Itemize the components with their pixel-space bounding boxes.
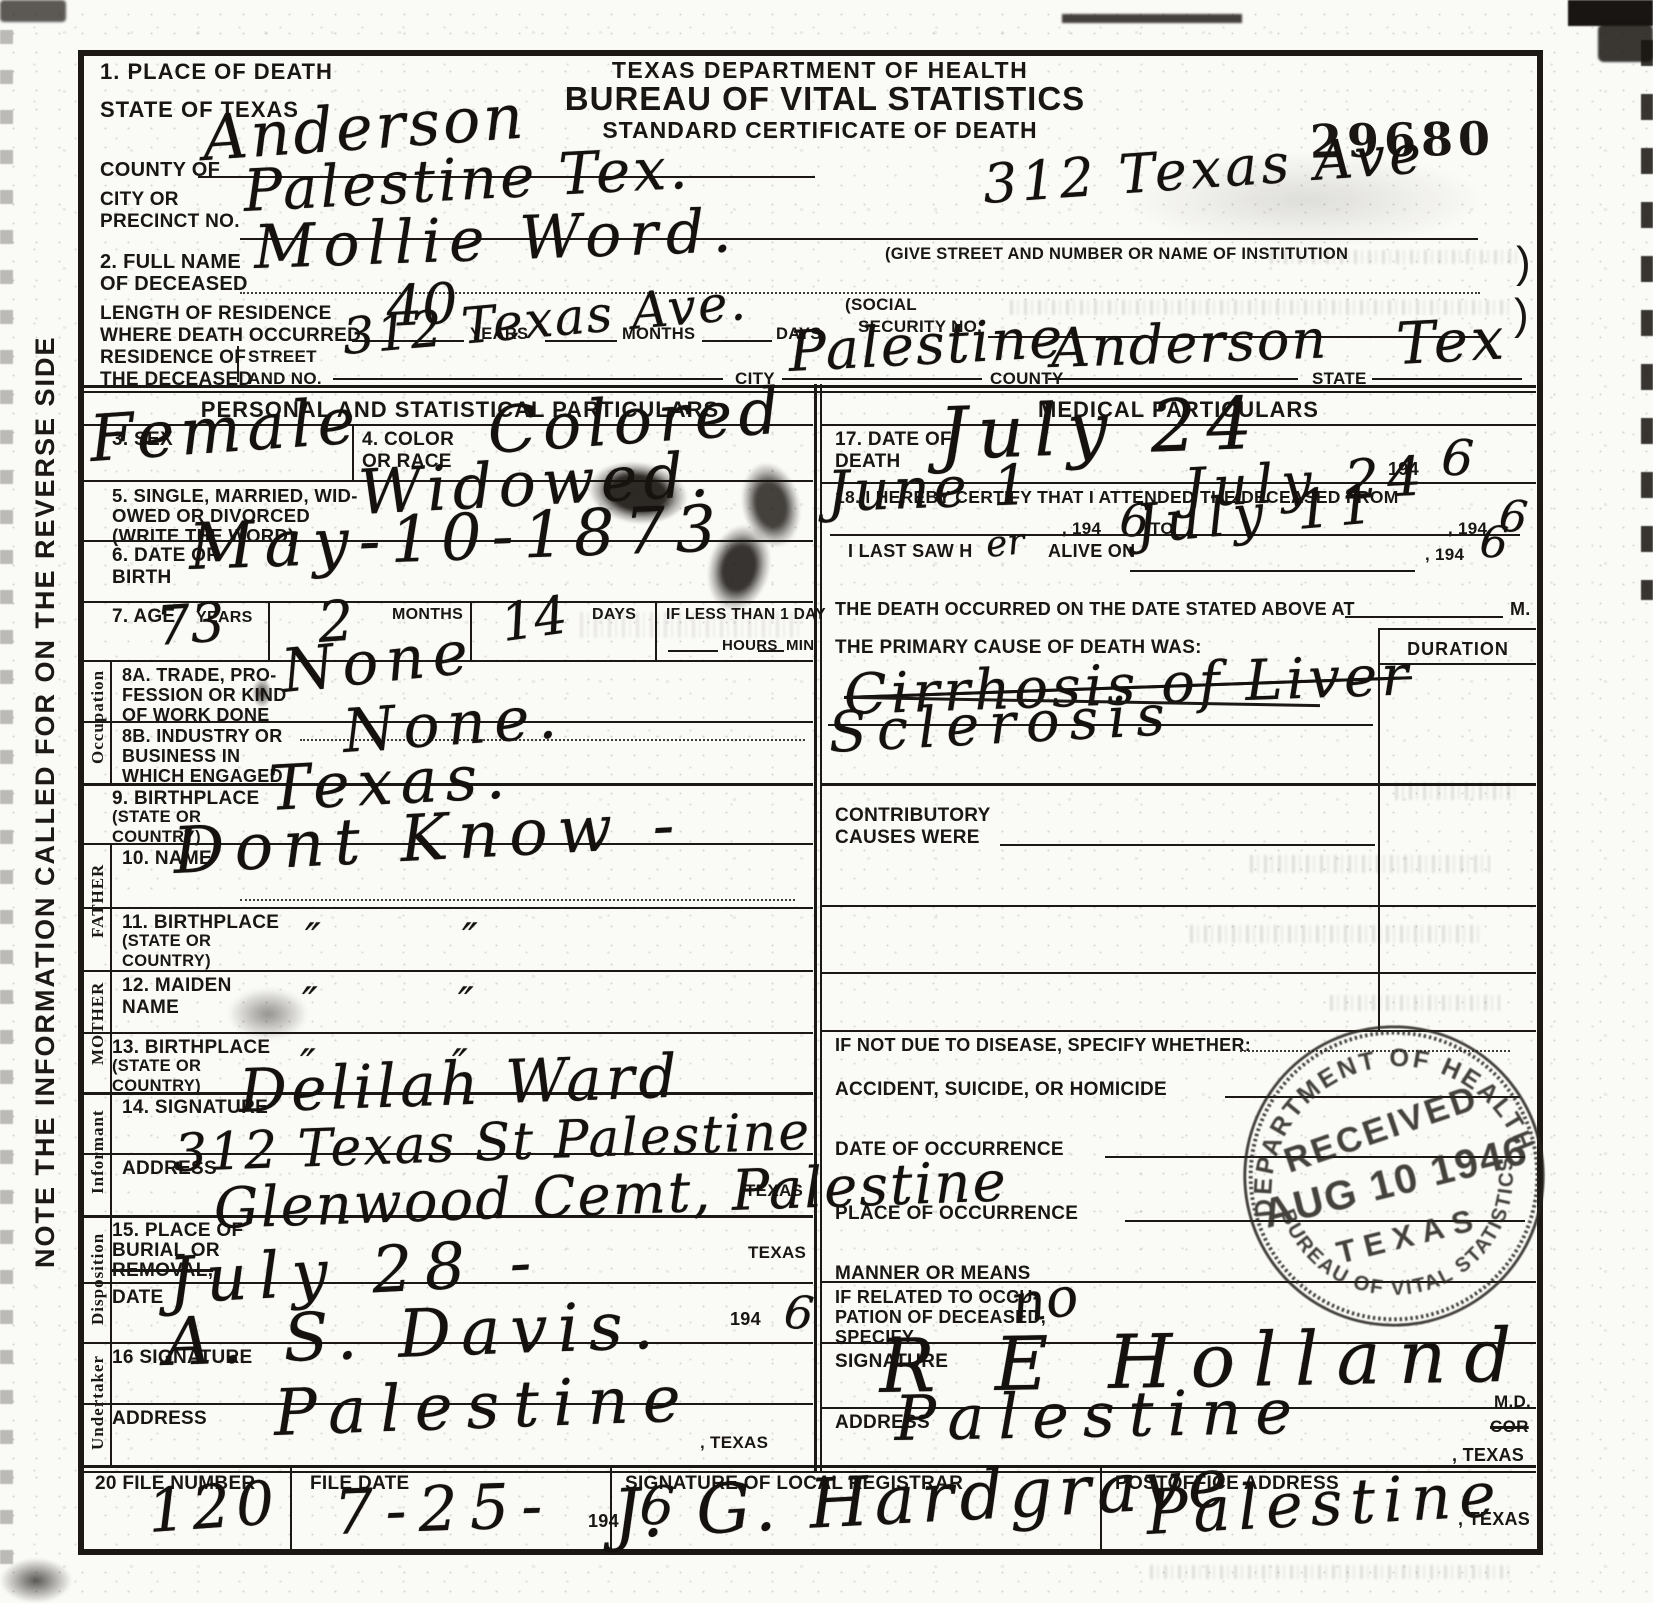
- meridiem-label: M.: [1510, 600, 1531, 619]
- death-time-label: THE DEATH OCCURRED ON THE DATE STATED AB…: [835, 600, 1355, 619]
- death-date-label-1: 17. DATE OF: [835, 430, 952, 450]
- burial-year-handwritten: 6: [782, 1288, 816, 1337]
- death-year-handwritten: 6: [1440, 432, 1475, 484]
- column-divider: [820, 384, 822, 1471]
- frame-bottom: [78, 1549, 1543, 1555]
- ditto-mark: ″: [458, 982, 474, 1024]
- last-saw-label: I LAST SAW H: [848, 542, 973, 561]
- contributory-label-1: CONTRIBUTORY: [835, 806, 991, 826]
- birthdate-handwritten: May-10-1873: [188, 497, 727, 580]
- father-bp-label-1: 11. BIRTHPLACE: [122, 913, 279, 933]
- alive-on-label: ALIVE ON: [1048, 542, 1135, 561]
- occupation-b-label-2: BUSINESS IN: [122, 747, 240, 766]
- rule-line: [821, 972, 1536, 974]
- street-hint: (GIVE STREET AND NUMBER OR NAME OF INSTI…: [885, 246, 1348, 263]
- death-certificate-scan: NOTE THE INFORMATION CALLED FOR ON THE R…: [0, 0, 1653, 1603]
- residence-length-label-1: LENGTH OF RESIDENCE: [100, 304, 332, 324]
- father-bp-label-3: COUNTRY): [122, 953, 211, 970]
- age-if-less-label: IF LESS THAN 1 DAY: [666, 607, 826, 623]
- undertaker-signature-handwritten: A. S. Davis.: [163, 1293, 665, 1376]
- place-occurrence-label: PLACE OF OCCURRENCE: [835, 1204, 1078, 1224]
- rule-line: [84, 1032, 813, 1034]
- frame-right: [1537, 50, 1543, 1555]
- ditto-mark: ″: [462, 918, 478, 960]
- age-years-handwritten: 73: [154, 595, 226, 654]
- rule-line: [84, 970, 813, 972]
- burial-year-printed: 194: [730, 1310, 761, 1329]
- birthdate-label-2: BIRTH: [112, 568, 172, 588]
- postoffice-texas-label: , TEXAS: [1458, 1510, 1530, 1529]
- column-divider: [814, 384, 817, 1471]
- header-department: TEXAS DEPARTMENT OF HEALTH: [600, 58, 1040, 82]
- rule-line-dotted: [240, 899, 795, 901]
- her-handwritten: er: [984, 524, 1026, 564]
- group-label-father: FATHER: [88, 864, 108, 938]
- header-bureau: BUREAU OF VITAL STATISTICS: [555, 82, 1095, 117]
- rule-line: [668, 650, 718, 652]
- place-of-death-title: 1. PLACE OF DEATH: [100, 60, 333, 83]
- scan-artifact: [0, 0, 66, 22]
- frame-top: [78, 50, 1543, 56]
- frame-left: [78, 50, 84, 1555]
- mother-bp-label-1: 13. BIRTHPLACE: [112, 1038, 270, 1058]
- ink-blot: [734, 457, 809, 553]
- rule-line: [821, 905, 1536, 907]
- age-days-handwritten: 14: [498, 589, 571, 650]
- rule-line: [1372, 378, 1522, 380]
- ditto-mark: ″: [302, 982, 318, 1024]
- burial-texas-label: TEXAS: [748, 1244, 806, 1262]
- city-label-2: PRECINCT NO.: [100, 212, 240, 232]
- scan-artifact: [0, 30, 13, 1590]
- marital-label-1: 5. SINGLE, MARRIED, WID-: [112, 486, 358, 505]
- ditto-mark: ″: [305, 918, 321, 960]
- city-label-1: CITY OR: [100, 190, 179, 210]
- rule-line-vertical: [237, 346, 239, 382]
- age-min-label: MIN: [786, 638, 814, 654]
- rule-line: [702, 340, 772, 342]
- occupation-b-label-1: 8B. INDUSTRY OR: [122, 727, 283, 746]
- attended-from-handwritten: June 1: [826, 458, 1033, 521]
- received-stamp: DEPARTMENT OF HEALTH RECEIVED AUG 10 194…: [1205, 987, 1583, 1365]
- residence-length-label-2: WHERE DEATH OCCURRED: [100, 326, 361, 346]
- fullname-label-2: OF DECEASED: [100, 274, 248, 295]
- occupation-a-label-1: 8A. TRADE, PRO-: [122, 666, 277, 685]
- cause-line2-handwritten: Sclerosis: [827, 688, 1176, 762]
- bleed-through-smudge: [1190, 925, 1480, 943]
- rule-line: [333, 378, 723, 380]
- scan-artifact: [1598, 24, 1653, 62]
- race-label-1: 4. COLOR: [362, 430, 454, 450]
- mother-maiden-label-1: 12. MAIDEN: [122, 976, 232, 996]
- rule-line: [1378, 628, 1536, 630]
- rule-line: [1048, 378, 1298, 380]
- bleed-through-smudge: [1150, 1565, 1510, 1579]
- contributory-label-2: CAUSES WERE: [835, 828, 980, 848]
- scan-artifact: [1641, 40, 1653, 600]
- paren-mark: ): [1516, 240, 1531, 286]
- father-bp-label-2: (STATE OR: [122, 933, 211, 950]
- not-disease-label: IF NOT DUE TO DISEASE, SPECIFY WHETHER:: [835, 1036, 1251, 1055]
- burial-date-label: DATE: [112, 1288, 164, 1308]
- scan-artifact: [0, 1558, 72, 1603]
- birthplace-label-1: 9. BIRTHPLACE: [112, 789, 259, 809]
- rule-line: [782, 378, 982, 380]
- group-label-mother: MOTHER: [88, 982, 108, 1065]
- mother-bp-label-2: (STATE OR: [112, 1058, 201, 1075]
- occupation-a-label-2: FESSION OR KIND: [122, 686, 287, 705]
- date-occurrence-label: DATE OF OCCURRENCE: [835, 1140, 1064, 1160]
- residence-state-handwritten: Tex: [1395, 309, 1508, 373]
- group-label-informant: Informant: [88, 1109, 108, 1194]
- rule-line-vertical: [655, 601, 657, 660]
- accident-label: ACCIDENT, SUICIDE, OR HOMICIDE: [835, 1080, 1167, 1100]
- last-year-printed: , 194: [1425, 546, 1464, 564]
- rule-line: [84, 907, 813, 909]
- undertaker-address-handwritten: Palestine: [273, 1367, 696, 1446]
- street-no-label-1: STREET: [248, 348, 317, 366]
- rule-line: [878, 238, 1478, 240]
- rule-line: [1345, 616, 1503, 618]
- fullname-label-1: 2. FULL NAME: [100, 252, 241, 273]
- rule-line: [1000, 844, 1375, 846]
- rule-line: [758, 650, 784, 652]
- ssn-label-1: (SOCIAL: [845, 296, 917, 314]
- margin-note: NOTE THE INFORMATION CALLED FOR ON THE R…: [30, 335, 61, 1268]
- rule-line: [821, 783, 1536, 786]
- last-year-handwritten: 6: [1478, 520, 1510, 566]
- rule-line: [1130, 570, 1415, 572]
- undertaker-texas-label: , TEXAS: [700, 1434, 768, 1452]
- group-label-disposition: Disposition: [88, 1233, 108, 1325]
- cor-label: COR: [1490, 1418, 1529, 1436]
- paren-mark: ): [1514, 292, 1529, 338]
- rule-line-vertical: [268, 601, 270, 660]
- group-label-occupation: Occupation: [88, 670, 108, 764]
- fullname-handwritten: Mollie Word.: [253, 201, 740, 278]
- mother-maiden-label-2: NAME: [122, 998, 179, 1018]
- scan-artifact: [1568, 0, 1653, 26]
- rule-line-vertical: [352, 424, 354, 480]
- file-date-handwritten: 7-25-: [333, 1474, 555, 1544]
- rule-line-vertical: [290, 1465, 292, 1549]
- sex-handwritten: Female: [88, 389, 364, 472]
- file-number-handwritten: 120: [146, 1473, 282, 1542]
- bleed-through-smudge: [1250, 855, 1490, 873]
- undertaker-address-label: ADDRESS: [112, 1409, 207, 1429]
- age-days-label: DAYS: [592, 607, 636, 624]
- physician-address-handwritten: Palestine: [894, 1381, 1307, 1450]
- residence-label-1: RESIDENCE OF: [100, 348, 246, 368]
- residence-county-handwritten: Anderson: [1050, 312, 1329, 376]
- scan-artifact: [1062, 14, 1242, 23]
- postoffice-address-handwritten: Palestine: [1145, 1463, 1505, 1544]
